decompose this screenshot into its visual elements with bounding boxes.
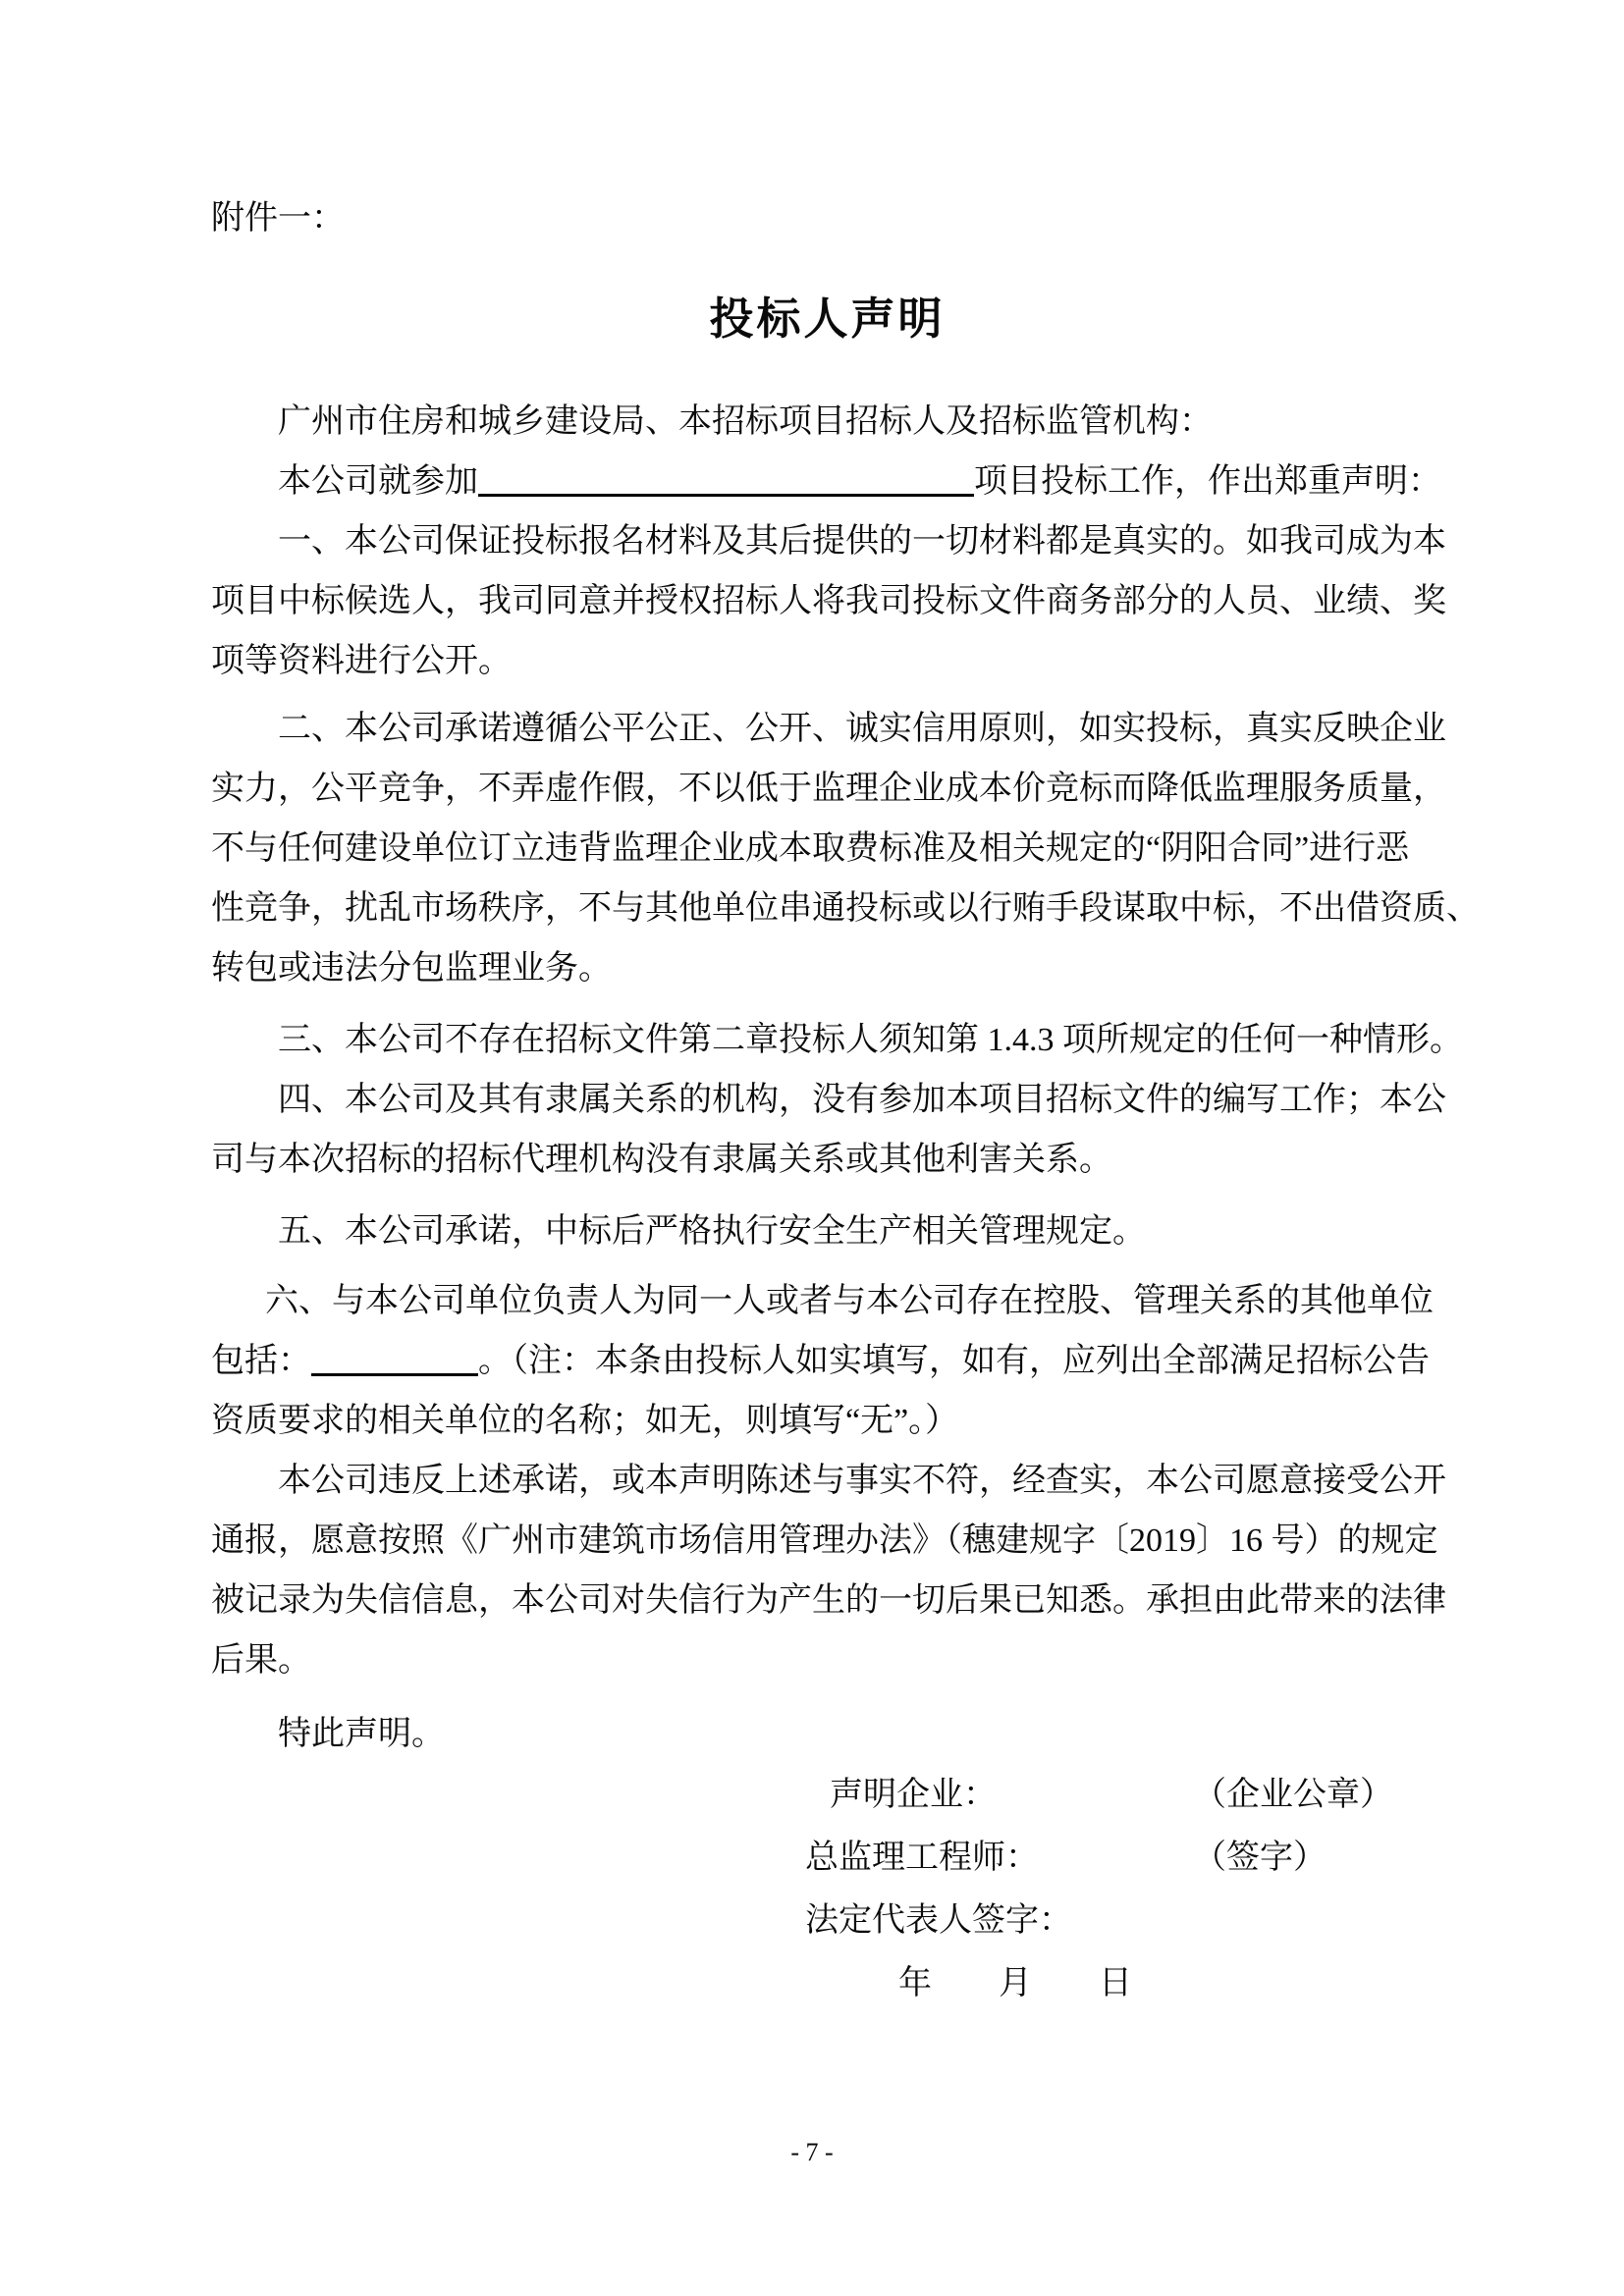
text-line: 六、与本公司单位负责人为同一人或者与本公司存在控股、管理关系的其他单位	[211, 1271, 1443, 1331]
clause-1: 一、本公司保证投标报名材料及其后提供的一切材料都是真实的。如我司成为本 项目中标…	[211, 511, 1443, 691]
clause-4: 四、本公司及其有隶属关系的机构，没有参加本项目招标文件的编写工作；本公 司与本次…	[211, 1070, 1443, 1190]
intro-suffix: 项目投标工作，作出郑重声明：	[974, 463, 1441, 500]
clause-3: 三、本公司不存在招标文件第二章投标人须知第 1.4.3 项所规定的任何一种情形。	[211, 1010, 1443, 1070]
intro-line: 本公司就参加项目投标工作，作出郑重声明：	[211, 452, 1443, 511]
text-line: 性竞争，扰乱市场秩序，不与其他单位串通投标或以行贿手段谋取中标，不出借资质、	[211, 879, 1443, 938]
penalty-paragraph: 本公司违反上述承诺，或本声明陈述与事实不符，经查实，本公司愿意接受公开 通报，愿…	[211, 1451, 1443, 1690]
company-label: 声明企业：	[830, 1764, 1193, 1827]
closing-statement: 特此声明。	[211, 1704, 1443, 1764]
signature-block: 声明企业：（企业公章） 总监理工程师：（签字） 法定代表人签字： 年 月 日	[211, 1764, 1443, 2015]
text-line: 通报，愿意按照《广州市建筑市场信用管理办法》（穗建规字〔2019〕16 号）的规…	[211, 1511, 1443, 1571]
text-line: 包括：。（注：本条由投标人如实填写，如有，应列出全部满足招标公告	[211, 1331, 1443, 1391]
document-body: 附件一： 投标人声明 广州市住房和城乡建设局、本招标项目招标人及招标监管机构： …	[211, 188, 1443, 2015]
text-line: 资质要求的相关单位的名称；如无，则填写“无”。）	[211, 1391, 1443, 1451]
text-line: 项等资料进行公开。	[211, 631, 1443, 691]
text-line: 本公司违反上述承诺，或本声明陈述与事实不符，经查实，本公司愿意接受公开	[211, 1451, 1443, 1511]
related-units-blank	[311, 1340, 478, 1376]
text-line: 三、本公司不存在招标文件第二章投标人须知第 1.4.3 项所规定的任何一种情形。	[211, 1010, 1443, 1070]
clause6-prefix: 包括：	[211, 1343, 311, 1379]
signature-row-company: 声明企业：（企业公章）	[211, 1764, 1443, 1827]
engineer-sign-note: （签字）	[1193, 1840, 1326, 1876]
intro-prefix: 本公司就参加	[278, 463, 478, 500]
clause-5: 五、本公司承诺，中标后严格执行安全生产相关管理规定。	[211, 1201, 1443, 1261]
clause6-suffix: 。（注：本条由投标人如实填写，如有，应列出全部满足招标公告	[478, 1343, 1430, 1379]
page-number: - 7 -	[0, 2138, 1624, 2167]
date-line: 年 月 日	[211, 1952, 1443, 2015]
clause-2: 二、本公司承诺遵循公平公正、公开、诚实信用原则，如实投标，真实反映企业 实力，公…	[211, 699, 1443, 998]
document-page: 附件一： 投标人声明 广州市住房和城乡建设局、本招标项目招标人及招标监管机构： …	[0, 0, 1624, 2296]
signature-row-legal-rep: 法定代表人签字：	[211, 1890, 1443, 1952]
text-line: 二、本公司承诺遵循公平公正、公开、诚实信用原则，如实投标，真实反映企业	[211, 699, 1443, 759]
text-line: 被记录为失信信息，本公司对失信行为产生的一切后果已知悉。承担由此带来的法律	[211, 1571, 1443, 1630]
attachment-label: 附件一：	[211, 188, 1443, 248]
signature-row-engineer: 总监理工程师：（签字）	[211, 1827, 1443, 1890]
clause-6: 六、与本公司单位负责人为同一人或者与本公司存在控股、管理关系的其他单位 包括：。…	[211, 1271, 1443, 1451]
text-line: 项目中标候选人，我司同意并授权招标人将我司投标文件商务部分的人员、业绩、奖	[211, 571, 1443, 631]
text-line: 司与本次招标的招标代理机构没有隶属关系或其他利害关系。	[211, 1130, 1443, 1190]
text-line: 四、本公司及其有隶属关系的机构，没有参加本项目招标文件的编写工作；本公	[211, 1070, 1443, 1130]
salutation-line: 广州市住房和城乡建设局、本招标项目招标人及招标监管机构：	[211, 392, 1443, 452]
text-line: 后果。	[211, 1630, 1443, 1690]
document-title: 投标人声明	[211, 288, 1443, 350]
project-name-blank	[478, 460, 974, 497]
text-line: 一、本公司保证投标报名材料及其后提供的一切材料都是真实的。如我司成为本	[211, 511, 1443, 571]
text-line: 不与任何建设单位订立违背监理企业成本取费标准及相关规定的“阴阳合同”进行恶	[211, 819, 1443, 879]
text-line: 五、本公司承诺，中标后严格执行安全生产相关管理规定。	[211, 1201, 1443, 1261]
legal-rep-label: 法定代表人签字：	[805, 1902, 1072, 1939]
text-line: 转包或违法分包监理业务。	[211, 938, 1443, 998]
company-seal-note: （企业公章）	[1193, 1777, 1393, 1813]
engineer-label: 总监理工程师：	[805, 1827, 1193, 1890]
text-line: 实力，公平竞争，不弄虚作假，不以低于监理企业成本价竞标而降低监理服务质量，	[211, 759, 1443, 819]
